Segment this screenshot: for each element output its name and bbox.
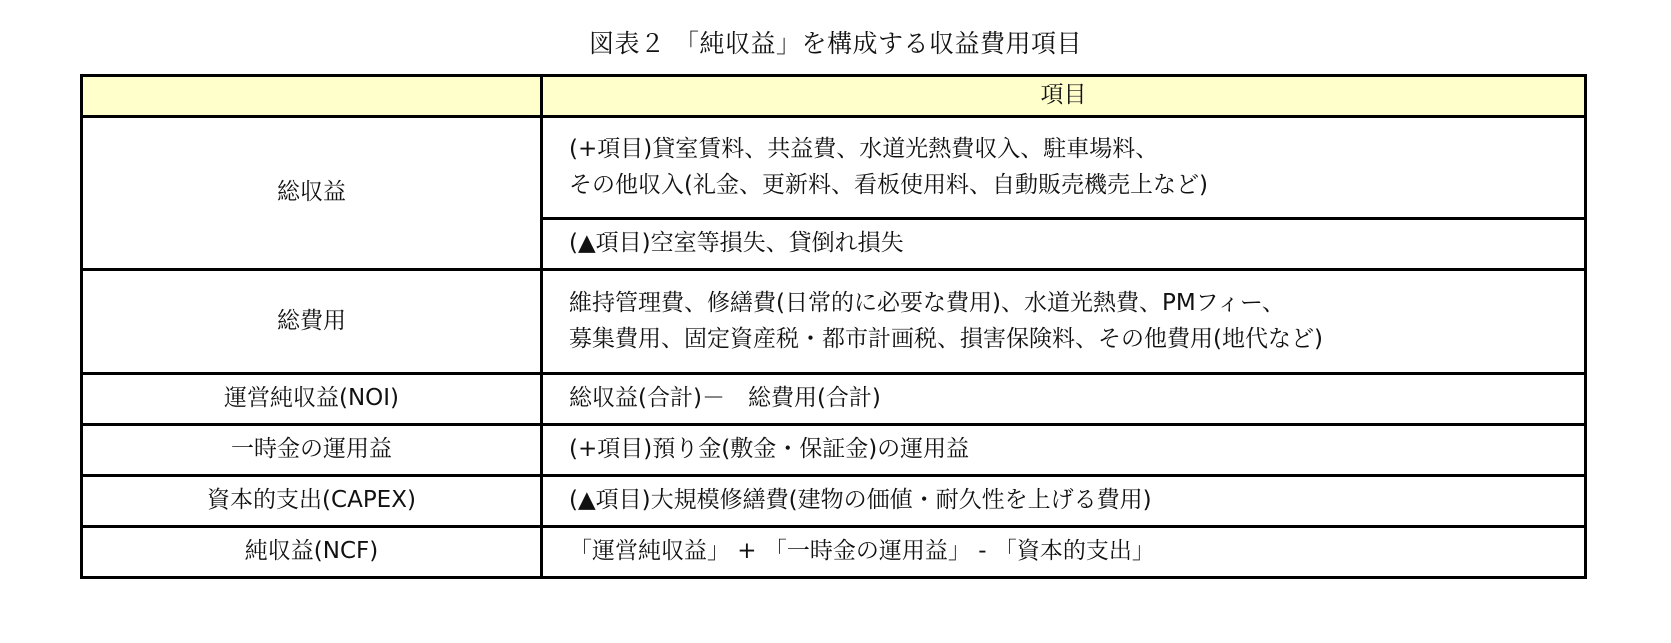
item-line: 維持管理費、修繕費(日常的に必要な費用)、水道光熱費、PMフィー、 bbox=[569, 286, 1584, 322]
item-cell: 維持管理費、修繕費(日常的に必要な費用)、水道光熱費、PMフィー、 募集費用、固… bbox=[542, 270, 1586, 374]
item-line: その他収入(礼金、更新料、看板使用料、自動販売機売上など) bbox=[569, 168, 1584, 204]
item-line: 募集費用、固定資産税・都市計画税、損害保険料、その他費用(地代など) bbox=[569, 322, 1584, 358]
category-cell: 総収益 bbox=[82, 117, 542, 270]
table-row: 一時金の運用益 (+項目)預り金(敷金・保証金)の運用益 bbox=[82, 425, 1586, 476]
item-cell: 総収益(合計)－ 総費用(合計) bbox=[542, 374, 1586, 425]
category-cell: 純収益(NCF) bbox=[82, 527, 542, 578]
table-row: 資本的支出(CAPEX) (▲項目)大規模修繕費(建物の価値・耐久性を上げる費用… bbox=[82, 476, 1586, 527]
category-cell: 総費用 bbox=[82, 270, 542, 374]
item-cell: (+項目)貸室賃料、共益費、水道光熱費収入、駐車場料、 その他収入(礼金、更新料… bbox=[542, 117, 1586, 219]
header-cell-items: 項目 bbox=[542, 76, 1586, 117]
revenue-expense-table: 項目 総収益 (+項目)貸室賃料、共益費、水道光熱費収入、駐車場料、 その他収入… bbox=[80, 74, 1587, 579]
figure-title: 図表２ 「純収益」を構成する収益費用項目 bbox=[0, 24, 1671, 60]
table-row: 運営純収益(NOI) 総収益(合計)－ 総費用(合計) bbox=[82, 374, 1586, 425]
category-cell: 運営純収益(NOI) bbox=[82, 374, 542, 425]
category-cell: 一時金の運用益 bbox=[82, 425, 542, 476]
header-cell-category bbox=[82, 76, 542, 117]
table-header-row: 項目 bbox=[82, 76, 1586, 117]
item-cell: (+項目)預り金(敷金・保証金)の運用益 bbox=[542, 425, 1586, 476]
table-row: 総収益 (+項目)貸室賃料、共益費、水道光熱費収入、駐車場料、 その他収入(礼金… bbox=[82, 117, 1586, 219]
item-cell: (▲項目)大規模修繕費(建物の価値・耐久性を上げる費用) bbox=[542, 476, 1586, 527]
category-cell: 資本的支出(CAPEX) bbox=[82, 476, 542, 527]
item-line: (▲項目)空室等損失、貸倒れ損失 bbox=[569, 226, 1584, 262]
item-cell: 「運営純収益」 + 「一時金の運用益」 - 「資本的支出」 bbox=[542, 527, 1586, 578]
table-row: 総費用 維持管理費、修繕費(日常的に必要な費用)、水道光熱費、PMフィー、 募集… bbox=[82, 270, 1586, 374]
item-cell: (▲項目)空室等損失、貸倒れ損失 bbox=[542, 219, 1586, 270]
table-row: 純収益(NCF) 「運営純収益」 + 「一時金の運用益」 - 「資本的支出」 bbox=[82, 527, 1586, 578]
item-line: (+項目)貸室賃料、共益費、水道光熱費収入、駐車場料、 bbox=[569, 132, 1584, 168]
